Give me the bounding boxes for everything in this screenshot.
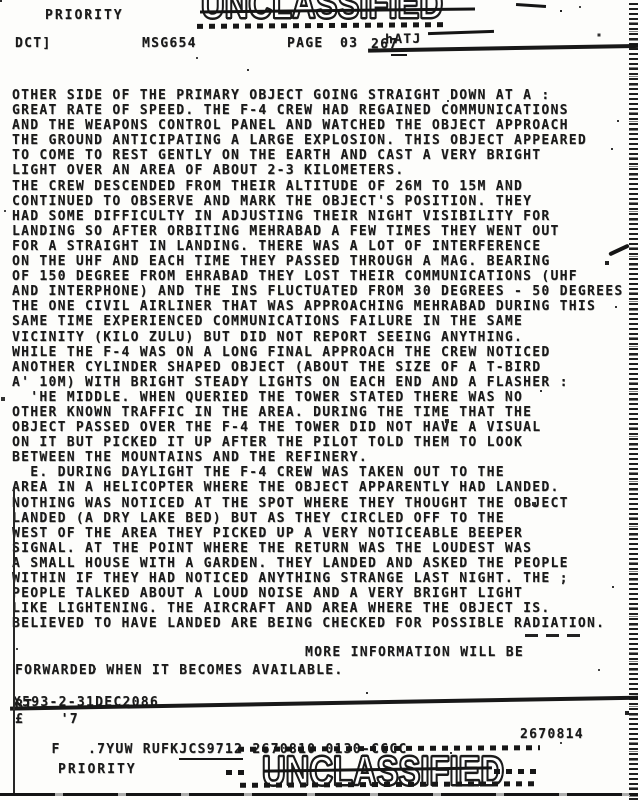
body-line: 'HE MIDDLE. WHEN QUERIED THE TOWER STATE… — [12, 390, 624, 405]
body-line: SIGNAL. AT THE POINT WHERE THE RETURN WA… — [12, 541, 624, 556]
body-line: OF 150 DEGREE FROM EHRABAD THEY LOST THE… — [12, 269, 624, 284]
message-id-underlined: JCS9712 — [179, 742, 243, 760]
more-info-line: MORE INFORMATION WILL BE — [305, 645, 524, 660]
body-line: ANOTHER CYLINDER SHAPED OBJECT (ABOUT TH… — [12, 360, 624, 375]
hand-annotation: hATJ — [385, 32, 422, 48]
body-line: OBJECT PASSED OVER THE F-4 THE TOWER DID… — [12, 420, 624, 435]
body-line: OTHER SIDE OF THE PRIMARY OBJECT GOING S… — [12, 88, 624, 103]
bt-marker: BT — [15, 698, 33, 713]
date-time-group: 2670814 — [520, 727, 584, 742]
message-id-prefix: F .7YUW RUFK — [52, 742, 180, 757]
struck-out-reference: X593-2-31DEC2086 — [13, 695, 638, 710]
forwarded-line: FORWARDED WHEN IT BECOMES AVAILABLE. — [15, 663, 344, 678]
body-line: LIKE LIGHTENING. THE AIRCRAFT AND AREA W… — [12, 601, 624, 616]
bottom-page-rule — [0, 793, 638, 796]
body-line: TO COME TO REST GENTLY ON THE EARTH AND … — [12, 148, 624, 163]
body-line: WITHIN IF THEY HAD NOTICED ANYTHING STRA… — [12, 571, 624, 586]
body-line: HAD SOME DIFFICULTY IN ADJUSTING THEIR N… — [12, 209, 624, 224]
body-line: WEST OF THE AREA THEY PICKED UP A VERY N… — [12, 526, 624, 541]
body-line: AND THE WEAPONS CONTROL PANEL AND WATCHE… — [12, 118, 624, 133]
body-line: ON THE UHF AND EACH TIME THEY PASSED THR… — [12, 254, 624, 269]
page-label: PAGE — [287, 36, 324, 51]
body-line: A' 10M) WITH BRIGHT STEADY LIGHTS ON EAC… — [12, 375, 624, 390]
stray-pen-mark — [516, 3, 546, 8]
body-line: E. DURING DAYLIGHT THE F-4 CREW WAS TAKE… — [12, 465, 624, 480]
body-line: LIGHT OVER AN AREA OF ABOUT 2-3 KILOMETE… — [12, 163, 624, 178]
binding-edge-texture — [629, 0, 638, 800]
body-line: BELIEVED TO HAVE LANDED ARE BEING CHECKE… — [12, 616, 624, 631]
priority-marking-bottom: PRIORITY — [58, 762, 137, 777]
body-line: WHILE THE F-4 WAS ON A LONG FINAL APPROA… — [12, 345, 624, 360]
body-line: LANDING SO AFTER ORBITING MEHRABAD A FEW… — [12, 224, 624, 239]
left-margin-line — [13, 487, 15, 795]
body-line: OTHER KNOWN TRAFFIC IN THE AREA. DURING … — [12, 405, 624, 420]
body-line: AREA IN A HELICOPTER WHERE THE OBJECT AP… — [12, 480, 624, 495]
body-line: LANDED (A DRY LAKE BED) BUT AS THEY CIRC… — [12, 511, 624, 526]
hand-tick-mark — [391, 54, 407, 56]
body-line: THE CREW DESCENDED FROM THEIR ALTITUDE O… — [12, 179, 624, 194]
body-line: BETWEEN THE MOUNTAINS AND THE REFINERY. — [12, 450, 624, 465]
body-line: AND INTERPHONE) AND THE INS FLUCTUATED F… — [12, 284, 624, 299]
message-body: OTHER SIDE OF THE PRIMARY OBJECT GOING S… — [12, 88, 624, 631]
body-line: CONTINUED TO OBSERVE AND MARK THE OBJECT… — [12, 194, 624, 209]
priority-marking-top: PRIORITY — [45, 8, 124, 23]
body-line: THE ONE CIVIL AIRLINER THAT WAS APPROACH… — [12, 299, 624, 314]
body-line: VICINITY (KILO ZULU) BUT DID NOT REPORT … — [12, 330, 624, 345]
scan-noise-specks — [0, 0, 2, 2]
hand-annotation-stroke — [428, 30, 494, 35]
message-number: MSG654 — [142, 36, 197, 51]
body-line: SAME TIME EXPERIENCED COMMUNICATIONS FAI… — [12, 314, 624, 329]
body-line: ON IT BUT PICKED IT UP AFTER THE PILOT T… — [12, 435, 624, 450]
body-line: FOR A STRAIGHT IN LANDING. THERE WAS A L… — [12, 239, 624, 254]
dotted-row-bottom-left — [226, 770, 250, 775]
body-line: A SMALL HOUSE WITH A GARDEN. THEY LANDED… — [12, 556, 624, 571]
body-line: GREAT RATE OF SPEED. THE F-4 CREW HAD RE… — [12, 103, 624, 118]
dash-marks — [525, 634, 587, 637]
body-line: NOTHING WAS NOTICED AT THE SPOT WHERE TH… — [12, 496, 624, 511]
dotted-row-bottom-upper — [238, 745, 540, 752]
footer-code-line: £ '7 — [15, 712, 79, 727]
page-number: 03 — [340, 36, 358, 51]
routing-code: DCT] — [15, 36, 52, 51]
body-line: PEOPLE TALKED ABOUT A LOUD NOISE AND A V… — [12, 586, 624, 601]
scanned-teletype-document: PRIORITY UNCLASSIFIED DCT] MSG654 PAGE 0… — [0, 0, 638, 800]
dotted-row-top — [197, 22, 449, 29]
dotted-row-bottom-mid — [494, 769, 540, 774]
body-line: THE GROUND ANTICIPATING A LARGE EXPLOSIO… — [12, 133, 624, 148]
